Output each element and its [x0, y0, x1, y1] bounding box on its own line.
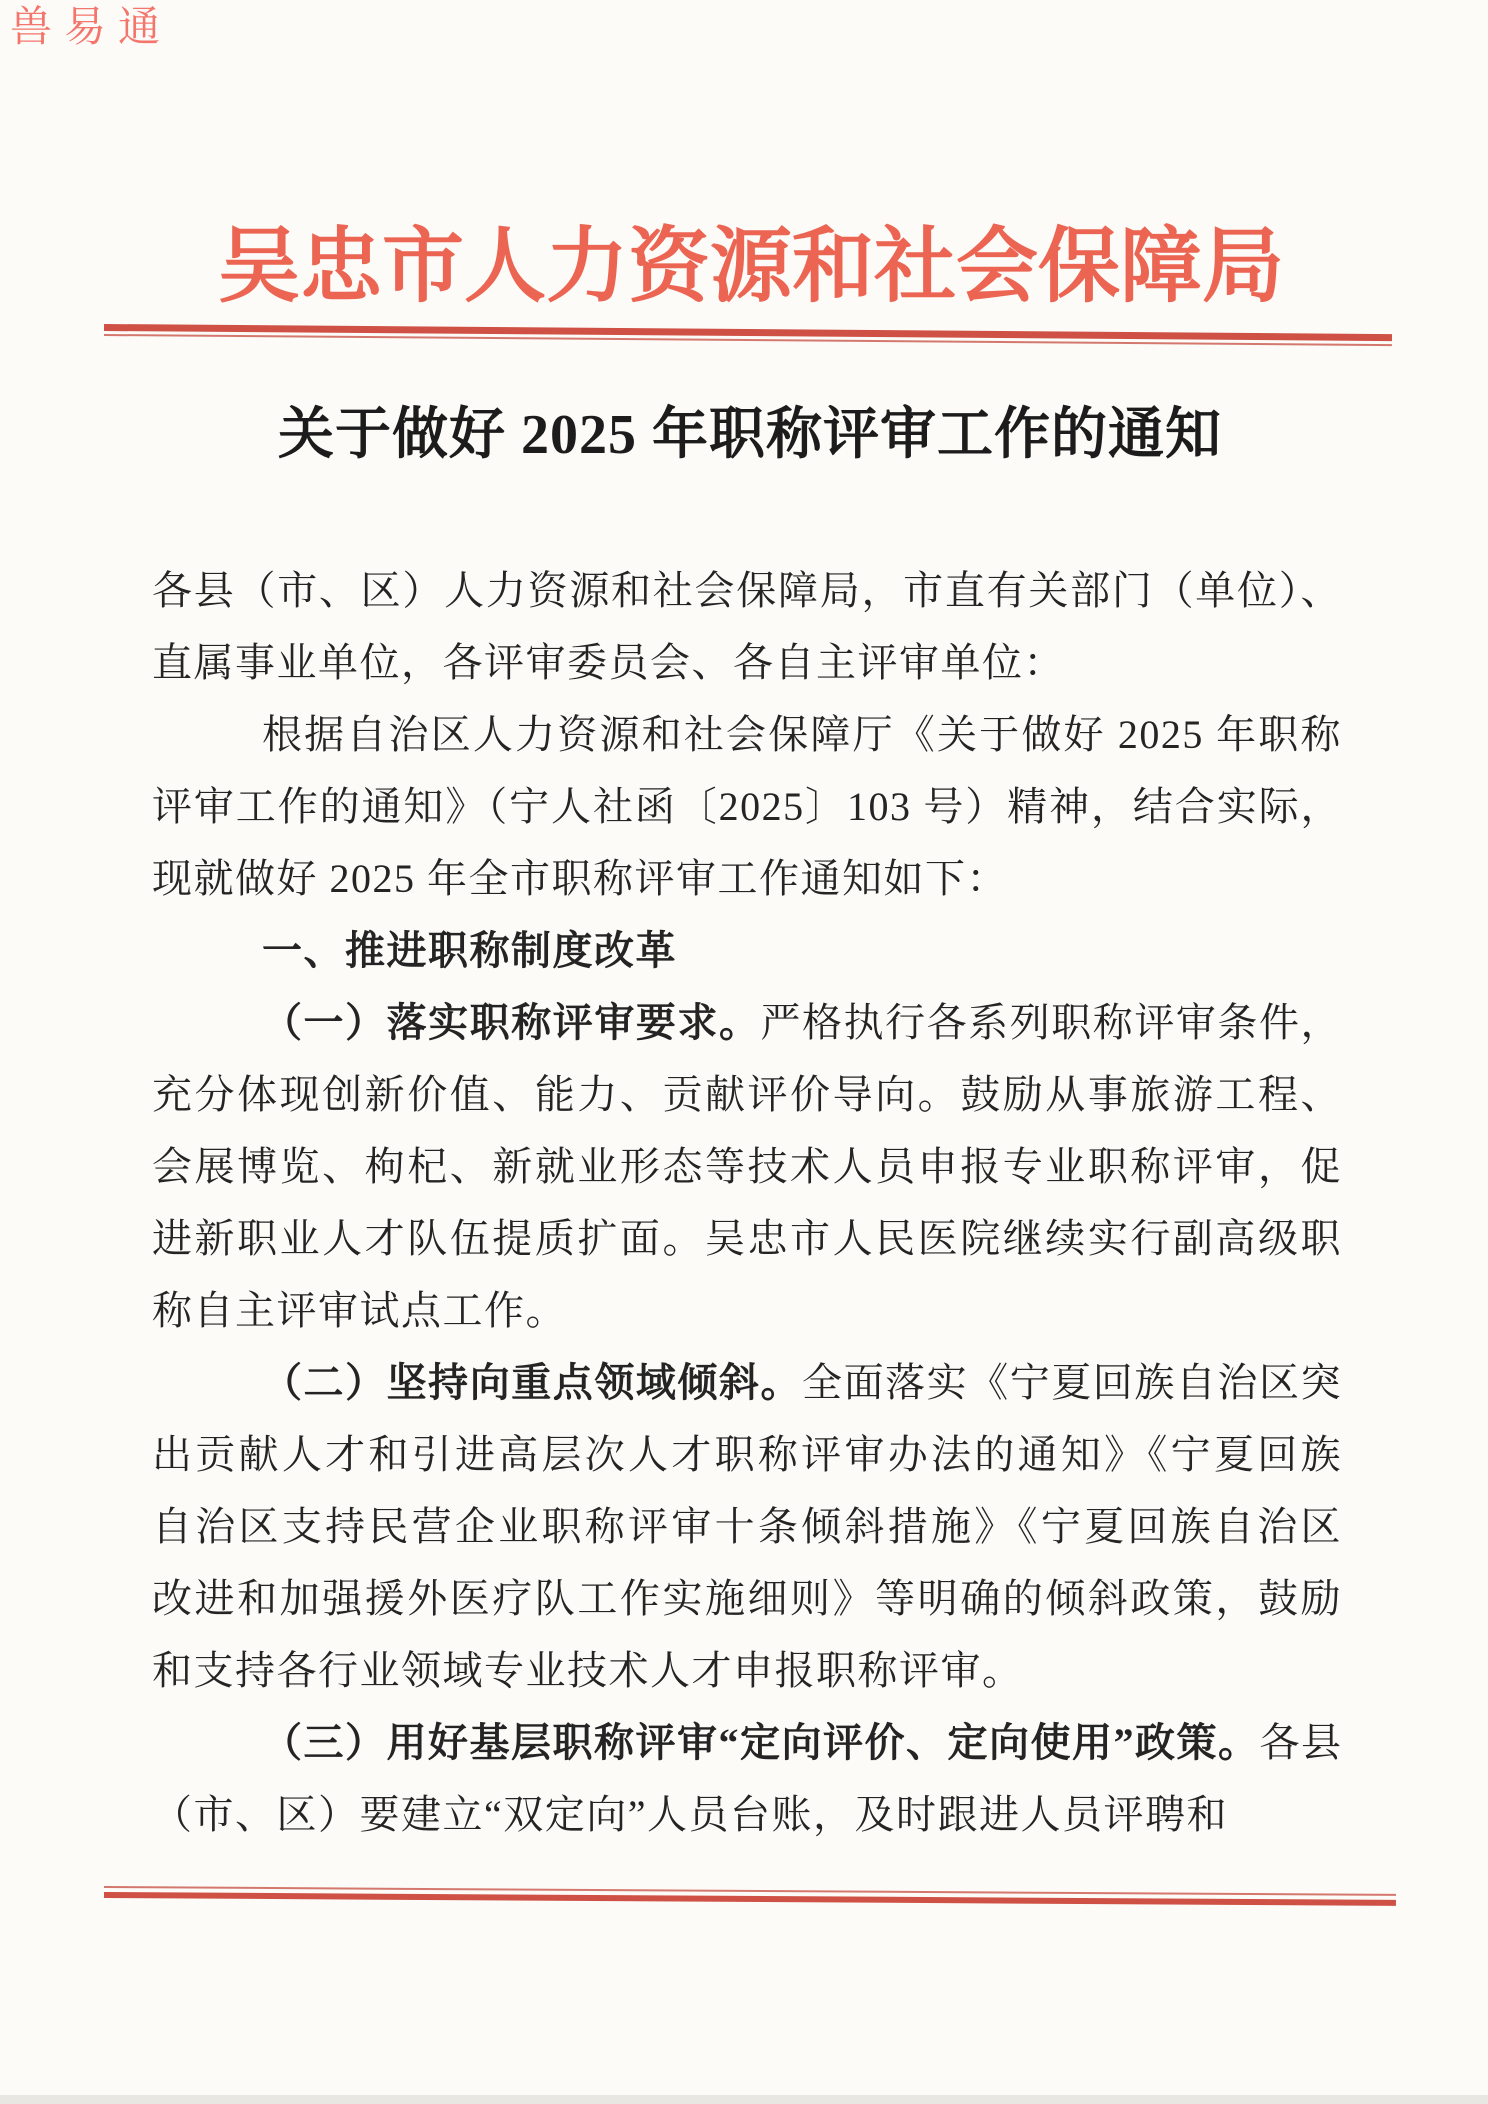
document-title: 关于做好 2025 年职称评审工作的通知	[0, 400, 1488, 470]
body-line: 自治区支持民营企业职称评审十条倾斜措施》《宁夏回族自治区	[152, 1491, 1342, 1563]
body-text-run: 评审工作的通知》（宁人社函〔2025〕103 号）精神，结合实际，	[152, 784, 1342, 829]
issuing-org-title: 吴忠市人力资源和社会保障局	[0, 220, 1488, 314]
body-line: （三）用好基层职称评审“定向评价、定向使用”政策。各县	[152, 1707, 1342, 1779]
body-text-run-bold: 一、推进职称制度改革	[262, 928, 677, 973]
body-line: 评审工作的通知》（宁人社函〔2025〕103 号）精神，结合实际，	[152, 771, 1342, 843]
body-line: 充分体现创新价值、能力、贡献评价导向。鼓励从事旅游工程、	[152, 1059, 1342, 1131]
scanned-notice-page: 兽易通 吴忠市人力资源和社会保障局 关于做好 2025 年职称评审工作的通知 各…	[0, 0, 1488, 2104]
body-line: （市、区）要建立“双定向”人员台账，及时跟进人员评聘和	[152, 1779, 1342, 1851]
body-text-run: 现就做好 2025 年全市职称评审工作通知如下：	[152, 856, 1008, 901]
body-text-run-bold: （三）用好基层职称评审“定向评价、定向使用”政策。	[262, 1720, 1260, 1765]
body-text-run: 全面落实《宁夏回族自治区突	[802, 1360, 1342, 1405]
body-text-run: 出贡献人才和引进高层次人才职称评审办法的通知》《宁夏回族	[152, 1432, 1342, 1477]
body-line: 出贡献人才和引进高层次人才职称评审办法的通知》《宁夏回族	[152, 1419, 1342, 1491]
body-text-run: 称自主评审试点工作。	[152, 1288, 567, 1333]
body-line: （一）落实职称评审要求。严格执行各系列职称评审条件，	[152, 987, 1342, 1059]
body-text-run-bold: （一）落实职称评审要求。	[262, 1000, 760, 1045]
body-line: 现就做好 2025 年全市职称评审工作通知如下：	[152, 843, 1342, 915]
body-line: 根据自治区人力资源和社会保障厅《关于做好 2025 年职称	[152, 699, 1342, 771]
body-text-run: 直属事业单位，各评审委员会、各自主评审单位：	[152, 640, 1065, 685]
body-text-run: 和支持各行业领域专业技术人才申报职称评审。	[152, 1648, 1024, 1693]
body-text-run: 进新职业人才队伍提质扩面。吴忠市人民医院继续实行副高级职	[152, 1216, 1342, 1261]
body-line: 和支持各行业领域专业技术人才申报职称评审。	[152, 1635, 1342, 1707]
body-text-run: 根据自治区人力资源和社会保障厅《关于做好 2025 年职称	[262, 712, 1342, 757]
body-text-run: 充分体现创新价值、能力、贡献评价导向。鼓励从事旅游工程、	[152, 1072, 1342, 1117]
body-line: 会展博览、枸杞、新就业形态等技术人员申报专业职称评审，促	[152, 1131, 1342, 1203]
body-line: 改进和加强援外医疗队工作实施细则》等明确的倾斜政策，鼓励	[152, 1563, 1342, 1635]
body-text-run: 会展博览、枸杞、新就业形态等技术人员申报专业职称评审，促	[152, 1144, 1342, 1189]
body-line: （二）坚持向重点领域倾斜。全面落实《宁夏回族自治区突	[152, 1347, 1342, 1419]
body-text-run: 严格执行各系列职称评审条件，	[760, 1000, 1342, 1045]
body-text-run: 自治区支持民营企业职称评审十条倾斜措施》《宁夏回族自治区	[152, 1504, 1342, 1549]
body-line: 一、推进职称制度改革	[152, 915, 1342, 987]
body-line: 称自主评审试点工作。	[152, 1275, 1342, 1347]
document-body: 各县（市、区）人力资源和社会保障局，市直有关部门（单位）、直属事业单位，各评审委…	[152, 555, 1342, 1851]
body-text-run-bold: （二）坚持向重点领域倾斜。	[262, 1360, 802, 1405]
header-divider	[104, 324, 1392, 346]
body-text-run: 各县（市、区）人力资源和社会保障局，市直有关部门（单位）、	[152, 568, 1342, 613]
body-line: 各县（市、区）人力资源和社会保障局，市直有关部门（单位）、	[152, 555, 1342, 627]
body-text-run: 各县	[1260, 1720, 1343, 1765]
watermark-text: 兽易通	[10, 2, 172, 54]
scan-edge-artifact	[0, 2095, 1488, 2104]
footer-divider	[104, 1886, 1396, 1906]
body-line: 直属事业单位，各评审委员会、各自主评审单位：	[152, 627, 1342, 699]
body-text-run: 改进和加强援外医疗队工作实施细则》等明确的倾斜政策，鼓励	[152, 1576, 1342, 1621]
body-text-run: （市、区）要建立“双定向”人员台账，及时跟进人员评聘和	[152, 1792, 1228, 1837]
body-line: 进新职业人才队伍提质扩面。吴忠市人民医院继续实行副高级职	[152, 1203, 1342, 1275]
